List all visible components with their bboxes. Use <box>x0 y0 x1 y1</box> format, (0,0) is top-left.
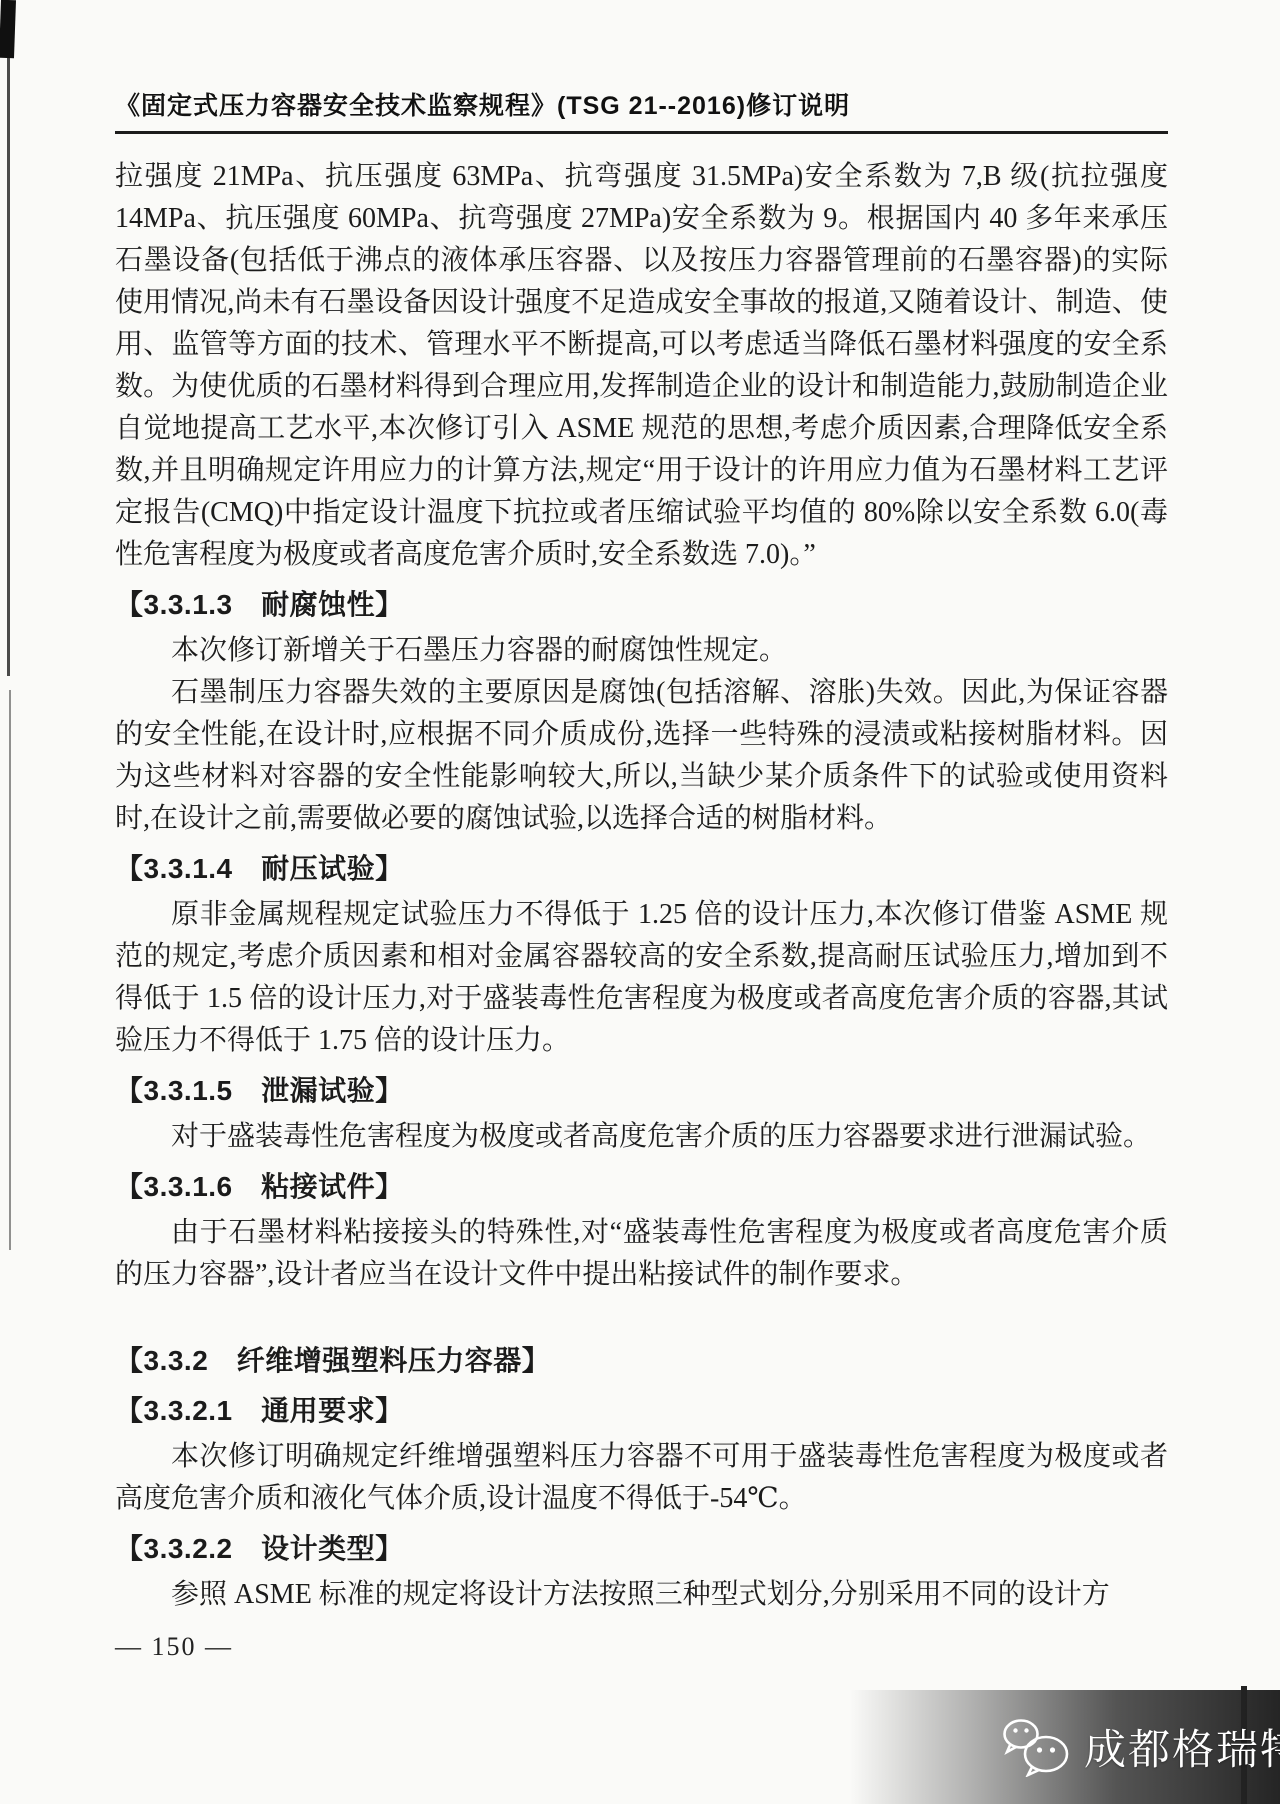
section-gap <box>115 1296 1168 1332</box>
page-content: 《固定式压力容器安全技术监察规程》(TSG 21--2016)修订说明 拉强度 … <box>115 0 1168 1662</box>
scanned-document-page: 《固定式压力容器安全技术监察规程》(TSG 21--2016)修订说明 拉强度 … <box>0 0 1280 1804</box>
watermark-brand-text: 成都格瑞特 <box>1084 1717 1280 1777</box>
wechat-icon <box>1000 1717 1074 1777</box>
paragraph: 参照 ASME 标准的规定将设计方法按照三种型式划分,分别采用不同的设计方 <box>115 1574 1168 1616</box>
section-heading-3-3-1-6: 【3.3.1.6 粘接试件】 <box>115 1166 1168 1208</box>
section-heading-3-3-2-1: 【3.3.2.1 通用要求】 <box>115 1390 1168 1432</box>
section-heading-3-3-2: 【3.3.2 纤维增强塑料压力容器】 <box>115 1340 1168 1382</box>
section-heading-3-3-1-3: 【3.3.1.3 耐腐蚀性】 <box>115 584 1168 626</box>
header-rule <box>115 131 1168 134</box>
paragraph: 本次修订新增关于石墨压力容器的耐腐蚀性规定。 <box>115 630 1168 672</box>
page-number: — 150 — <box>115 1632 1168 1662</box>
paragraph-continuation: 拉强度 21MPa、抗压强度 63MPa、抗弯强度 31.5MPa)安全系数为 … <box>115 156 1168 576</box>
paragraph: 原非金属规程规定试验压力不得低于 1.25 倍的设计压力,本次修订借鉴 ASME… <box>115 894 1168 1062</box>
scan-artifact-corner <box>0 0 16 58</box>
paragraph: 由于石墨材料粘接接头的特殊性,对“盛装毒性危害程度为极度或者高度危害介质的压力容… <box>115 1212 1168 1296</box>
watermark-banner: 成都格瑞特 <box>850 1690 1280 1804</box>
section-heading-3-3-1-4: 【3.3.1.4 耐压试验】 <box>115 848 1168 890</box>
paragraph: 对于盛装毒性危害程度为极度或者高度危害介质的压力容器要求进行泄漏试验。 <box>115 1116 1168 1158</box>
scan-artifact-left-streak <box>9 690 11 1250</box>
paragraph: 石墨制压力容器失效的主要原因是腐蚀(包括溶解、溶胀)失效。因此,为保证容器的安全… <box>115 672 1168 840</box>
section-heading-3-3-2-2: 【3.3.2.2 设计类型】 <box>115 1528 1168 1570</box>
page-title: 《固定式压力容器安全技术监察规程》(TSG 21--2016)修订说明 <box>115 86 1168 122</box>
body-text: 拉强度 21MPa、抗压强度 63MPa、抗弯强度 31.5MPa)安全系数为 … <box>115 156 1168 1616</box>
section-heading-3-3-1-5: 【3.3.1.5 泄漏试验】 <box>115 1070 1168 1112</box>
watermark-content: 成都格瑞特 <box>1000 1717 1280 1777</box>
paragraph: 本次修订明确规定纤维增强塑料压力容器不可用于盛装毒性危害程度为极度或者高度危害介… <box>115 1436 1168 1520</box>
scan-artifact-left-streak <box>7 56 10 676</box>
